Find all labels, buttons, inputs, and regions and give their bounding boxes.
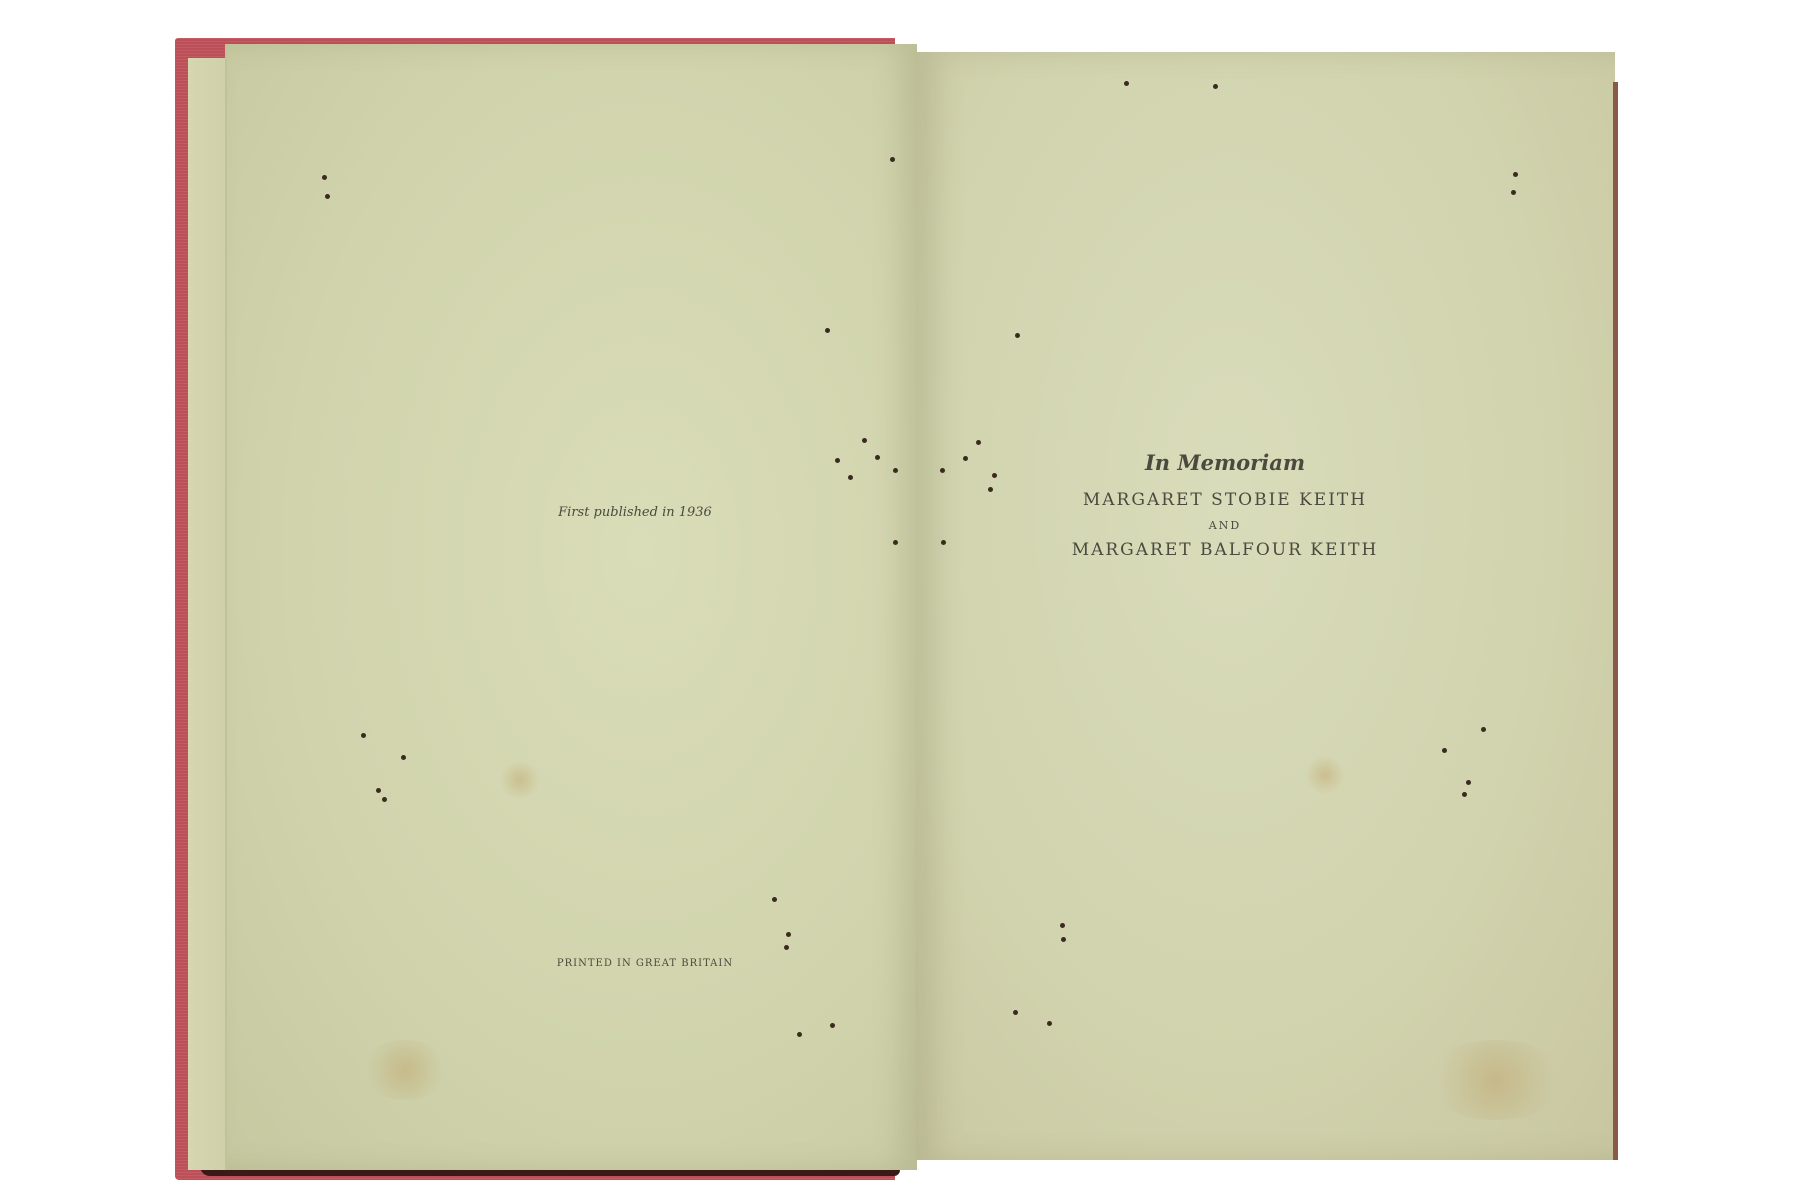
foxing-stain	[500, 760, 540, 800]
printed-in-line: PRINTED IN GREAT BRITAIN	[540, 958, 750, 969]
dedication-heading: In Memoriam	[1075, 450, 1375, 475]
worm-hole	[322, 175, 327, 180]
worm-hole	[401, 755, 406, 760]
worm-hole	[848, 475, 853, 480]
foxing-stain	[360, 1040, 450, 1100]
worm-hole	[941, 540, 946, 545]
foxing-stain	[1420, 1040, 1570, 1120]
worm-hole	[1466, 780, 1471, 785]
dedication-conjunction: AND	[1175, 519, 1275, 532]
worm-hole	[1511, 190, 1516, 195]
worm-hole	[835, 458, 840, 463]
worm-hole	[940, 468, 945, 473]
worm-hole	[1481, 727, 1486, 732]
flyleaf	[188, 58, 229, 1170]
worm-hole	[890, 157, 895, 162]
worm-hole	[875, 455, 880, 460]
worm-hole	[1213, 84, 1218, 89]
worm-hole	[1462, 792, 1467, 797]
worm-hole	[772, 897, 777, 902]
worm-hole	[1047, 1021, 1052, 1026]
worm-hole	[1013, 1010, 1018, 1015]
worm-hole	[988, 487, 993, 492]
worm-hole	[1061, 937, 1066, 942]
worm-hole	[382, 797, 387, 802]
worm-hole	[784, 945, 789, 950]
worm-hole	[786, 932, 791, 937]
worm-hole	[825, 328, 830, 333]
worm-hole	[992, 473, 997, 478]
right-page	[915, 52, 1615, 1160]
worm-hole	[1442, 748, 1447, 753]
worm-hole	[963, 456, 968, 461]
foxing-stain	[1305, 755, 1345, 795]
dedication-name-2: MARGARET BALFOUR KEITH	[1045, 540, 1405, 560]
worm-hole	[361, 733, 366, 738]
worm-hole	[1124, 81, 1129, 86]
worm-hole	[376, 788, 381, 793]
worm-hole	[893, 540, 898, 545]
imprint-line: First published in 1936	[535, 505, 735, 520]
worm-hole	[976, 440, 981, 445]
worm-hole	[830, 1023, 835, 1028]
worm-hole	[1015, 333, 1020, 338]
worm-hole	[893, 468, 898, 473]
worm-hole	[862, 438, 867, 443]
worm-hole	[797, 1032, 802, 1037]
page-block-edge	[1613, 82, 1618, 1160]
worm-hole	[1513, 172, 1518, 177]
worm-hole	[325, 194, 330, 199]
dedication-name-1: MARGARET STOBIE KEITH	[1055, 490, 1395, 510]
left-page	[225, 44, 917, 1170]
worm-hole	[1060, 923, 1065, 928]
